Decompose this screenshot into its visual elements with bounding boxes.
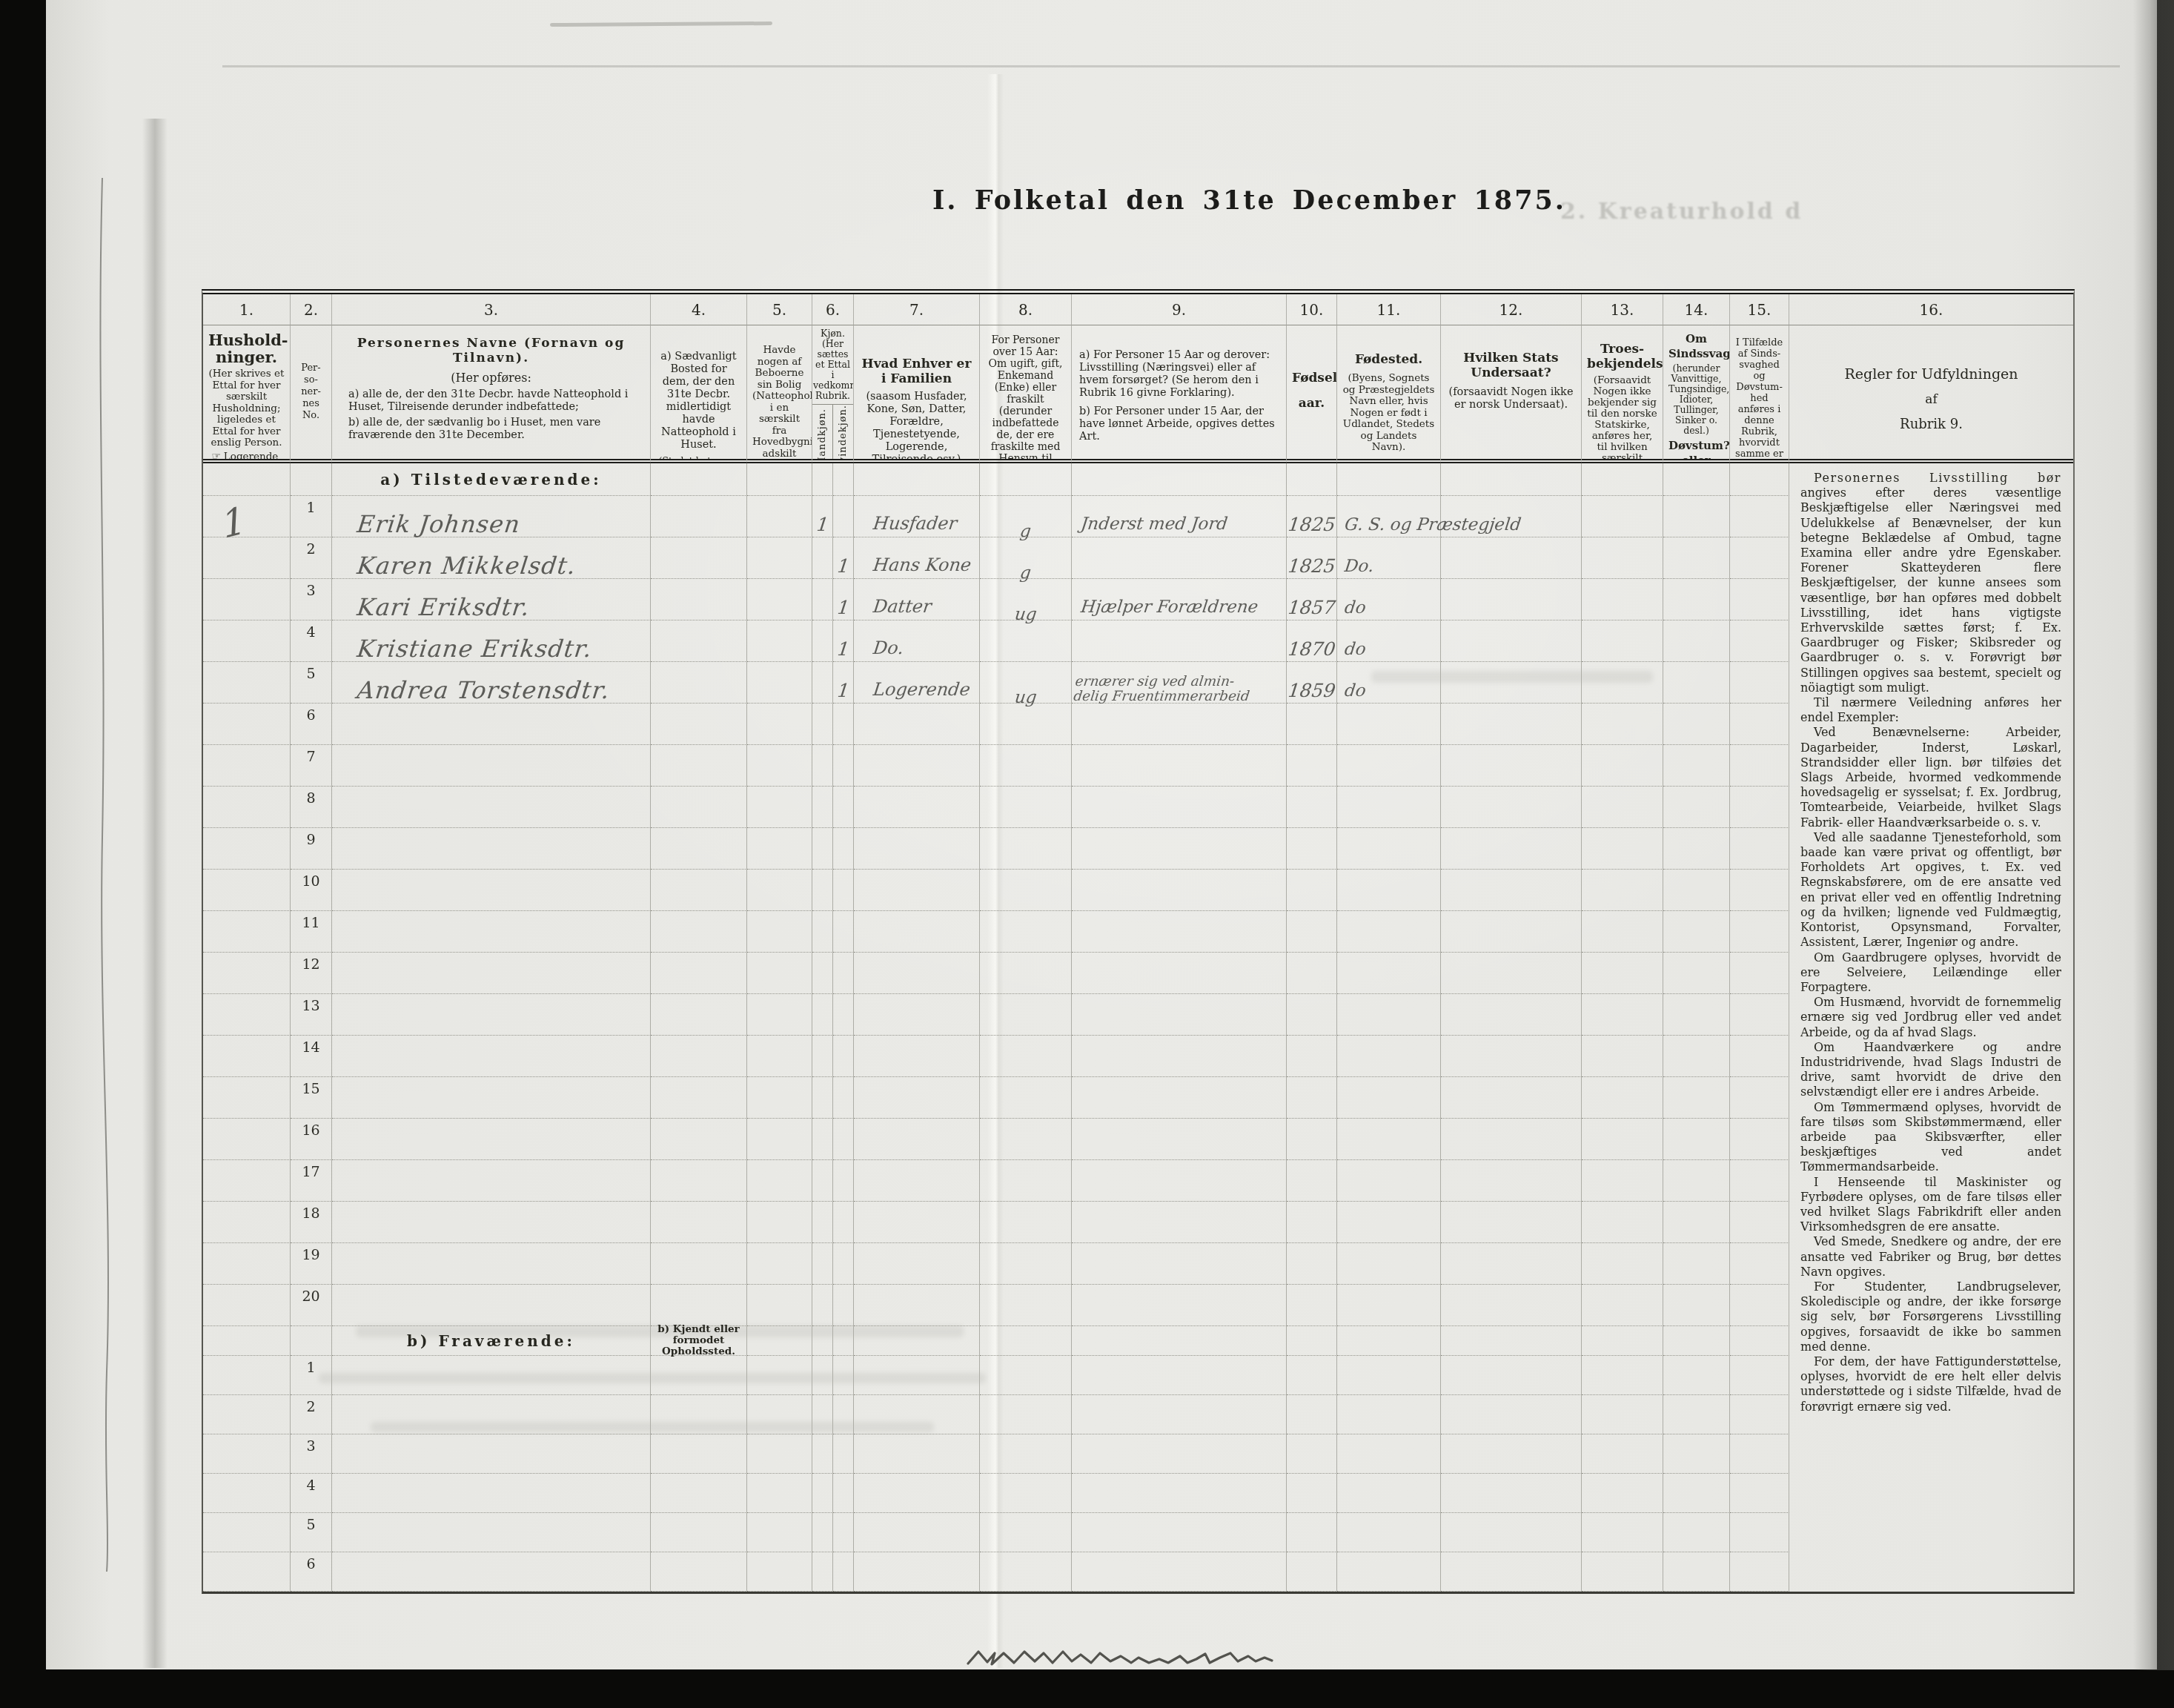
cell-livsstilling [1072,953,1287,994]
cell-kvindekjon [833,1285,854,1326]
cell-mandkjon [812,911,833,953]
handwritten-entry-name: Andrea Torstensdtr. [331,679,612,703]
cell-person-no: 9 [291,828,332,870]
col-number-2: 2. [291,294,332,325]
cell-udhus [747,662,812,704]
cell-udhus [747,1243,812,1285]
cell-civilstand: g [980,496,1072,537]
handwritten-entry-familie: Do. [852,638,905,661]
cell-kvindekjon: 1 [833,662,854,704]
cell-name [332,1077,651,1119]
cell-sindssvag [1663,953,1730,994]
census-table: 1. 2. 3. 4. 5. 6. 7. 8. 9. 10. 11. 12. 1… [202,289,2075,1594]
cell-familiestilling [854,828,980,870]
cell-sindssvag [1663,1356,1730,1395]
cell-bosted [651,1395,747,1434]
cell-livsstilling [1072,911,1287,953]
cell-udhus [747,1356,812,1395]
cell-person-no: 20 [291,1285,332,1326]
cell-familiestilling [854,953,980,994]
cell-name [332,787,651,828]
cell-household-no [203,1395,291,1434]
cell-undersaat [1441,1434,1582,1474]
cell-tilfaelde [1730,662,1789,704]
cell-person-no: 19 [291,1243,332,1285]
cell-familiestilling [854,1474,980,1513]
cell-bosted [651,1160,747,1202]
cell-name [332,1285,651,1326]
cell-livsstilling [1072,537,1287,579]
cell-fodselsaar [1287,1395,1337,1434]
cell-civilstand [980,1285,1072,1326]
cell-livsstilling [1072,704,1287,745]
cell-bosted [651,620,747,662]
cell-fodselsaar [1287,953,1337,994]
cell-sindssvag [1663,1077,1730,1119]
handwritten-entry-m: 1 [815,514,829,535]
handwritten-entry-aar: 1857 [1287,597,1336,618]
cell-fodselsaar [1287,745,1337,787]
paper-crack-line [87,171,132,1579]
cell-fodselsaar [1287,1160,1337,1202]
cell-fodested [1337,1474,1441,1513]
cell-mandkjon [812,620,833,662]
cell-familiestilling: Datter [854,579,980,620]
cell-kvindekjon [833,1202,854,1243]
cell-kvindekjon [833,1395,854,1434]
header-navne: Personernes Navne (Fornavn og Tilnavn). … [332,325,651,463]
cell-tilfaelde [1730,870,1789,911]
cell-familiestilling [854,1036,980,1077]
cell-mandkjon [812,870,833,911]
cell-fodselsaar [1287,704,1337,745]
cell-familiestilling [854,787,980,828]
cell-household-no [203,662,291,704]
handwritten-entry-livsstilling: Hjælper Forældrene [1070,598,1259,620]
cell-household-no [203,1552,291,1592]
cell-udhus [747,463,812,496]
cell-livsstilling [1072,620,1287,662]
handwritten-entry-familie: Husfader [852,513,958,537]
cell-tilfaelde [1730,1474,1789,1513]
cell-mandkjon [812,1202,833,1243]
col-number-1: 1. [203,294,291,325]
cell-undersaat [1441,1202,1582,1243]
cell-troesbekjendelse [1582,1552,1663,1592]
cell-udhus [747,579,812,620]
cell-fodested [1337,1119,1441,1160]
cell-livsstilling [1072,828,1287,870]
cell-person-no: 6 [291,1552,332,1592]
cell-civilstand [980,1119,1072,1160]
cell-kvindekjon [833,1474,854,1513]
cell-tilfaelde [1730,1202,1789,1243]
cell-undersaat [1441,745,1582,787]
cell-kvindekjon [833,953,854,994]
cell-mandkjon [812,1434,833,1474]
cell-undersaat [1441,1160,1582,1202]
cell-mandkjon [812,1243,833,1285]
cell-household-no [203,994,291,1036]
header-text: (saasom Husfader, Kone, Søn, Datter, For… [859,391,974,463]
cell-person-no: 12 [291,953,332,994]
cell-troesbekjendelse [1582,1243,1663,1285]
cell-livsstilling [1072,1513,1287,1552]
cell-sindssvag [1663,662,1730,704]
cell-livsstilling [1072,1552,1287,1592]
handwritten-entry-k: 1 [836,555,850,577]
cell-undersaat [1441,463,1582,496]
cell-civilstand [980,994,1072,1036]
header-sindssvag: Om Sindssvag? (herunder Vanvittige, Tung… [1663,325,1730,463]
cell-familiestilling: Hans Kone [854,537,980,579]
cell-livsstilling [1072,1434,1287,1474]
cell-kvindekjon [833,787,854,828]
cell-undersaat [1441,994,1582,1036]
cell-familiestilling [854,1077,980,1119]
cell-fodselsaar: 1870 [1287,620,1337,662]
cell-troesbekjendelse [1582,911,1663,953]
col-number-9: 9. [1072,294,1287,325]
instructions-paragraph: For Studenter, Landbrugselever, Skoledis… [1800,1280,2061,1354]
cell-fodselsaar: 1857 [1287,579,1337,620]
cell-tilfaelde [1730,579,1789,620]
cell-troesbekjendelse [1582,1326,1663,1356]
cell-sindssvag [1663,745,1730,787]
cell-fodselsaar [1287,828,1337,870]
cell-kvindekjon [833,828,854,870]
cell-fodested [1337,704,1441,745]
cell-tilfaelde [1730,620,1789,662]
cell-troesbekjendelse [1582,994,1663,1036]
cell-name [332,704,651,745]
cell-familiestilling [854,1243,980,1285]
cell-fodselsaar [1287,1036,1337,1077]
cell-civilstand [980,787,1072,828]
cell-civilstand [980,1434,1072,1474]
cell-udhus [747,537,812,579]
header-text: I Tilfælde af Sinds-svaghed og Døvstum-h… [1735,337,1783,463]
header-bosted: a) Sædvanligt Bosted for dem, der den 31… [651,325,747,463]
cell-fodselsaar [1287,787,1337,828]
header-text: Kvindekjøn. [837,405,849,463]
cell-fodselsaar: 1825 [1287,496,1337,537]
header-text: (forsaavidt Nogen ikke er norsk Undersaa… [1446,386,1576,411]
cell-kvindekjon [833,1160,854,1202]
cell-fodselsaar [1287,1077,1337,1119]
handwritten-entry-fodested: do [1336,640,1367,661]
cell-udhus [747,953,812,994]
col-number-4: 4. [651,294,747,325]
cell-troesbekjendelse [1582,620,1663,662]
cell-undersaat [1441,1119,1582,1160]
cell-fodested: G. S. og Præstegjeld [1337,496,1441,537]
cell-udhus [747,496,812,537]
cell-troesbekjendelse [1582,828,1663,870]
cell-kvindekjon [833,911,854,953]
cell-mandkjon [812,1036,833,1077]
cell-livsstilling [1072,1119,1287,1160]
cell-tilfaelde [1730,828,1789,870]
cell-household-no [203,704,291,745]
cell-bosted [651,1356,747,1395]
cell-livsstilling: Hjælper Forældrene [1072,579,1287,620]
cell-kvindekjon [833,1119,854,1160]
cell-tilfaelde [1730,1552,1789,1592]
cell-bosted [651,1513,747,1552]
cell-bosted [651,994,747,1036]
cell-tilfaelde [1730,704,1789,745]
cell-kvindekjon [833,994,854,1036]
cell-kvindekjon [833,870,854,911]
cell-tilfaelde [1730,1243,1789,1285]
cell-fodselsaar [1287,1326,1337,1356]
col-number-10: 10. [1287,294,1337,325]
cell-fodselsaar: 1825 [1287,537,1337,579]
cell-mandkjon [812,787,833,828]
cell-sindssvag [1663,1326,1730,1356]
cell-troesbekjendelse [1582,579,1663,620]
instructions-paragraph: Personernes Livsstilling bør angives eft… [1800,471,2061,695]
cell-civilstand [980,1036,1072,1077]
cell-name [332,1243,651,1285]
cell-livsstilling: Jnderst med Jord [1072,496,1287,537]
cell-troesbekjendelse [1582,953,1663,994]
cell-familiestilling [854,1552,980,1592]
cell-kvindekjon [833,704,854,745]
header-text: Fødsels- aar. [1292,372,1331,410]
cell-kvindekjon [833,1434,854,1474]
cell-fodested [1337,1356,1441,1395]
handwritten-entry-aar: 1870 [1287,638,1336,660]
cell-household-no [203,787,291,828]
cell-civilstand [980,1395,1072,1434]
cell-mandkjon [812,1356,833,1395]
cell-undersaat [1441,704,1582,745]
cell-livsstilling [1072,745,1287,787]
cell-sindssvag [1663,911,1730,953]
cell-undersaat [1441,1513,1582,1552]
header-text: Hvilken Stats Undersaat? [1446,351,1576,380]
handwritten-entry-fodested: do [1336,681,1367,703]
cell-person-no [291,463,332,496]
cell-tilfaelde [1730,1513,1789,1552]
handwritten-entry-name: Erik Johnsen [331,513,522,537]
cell-udhus [747,1326,812,1356]
cell-sindssvag [1663,1513,1730,1552]
cell-livsstilling [1072,1243,1287,1285]
cell-troesbekjendelse [1582,1513,1663,1552]
cell-undersaat [1441,1285,1582,1326]
instructions-paragraph: Ved Smede, Snedkere og andre, der ere an… [1800,1234,2061,1280]
cell-fodested [1337,911,1441,953]
cell-undersaat [1441,1326,1582,1356]
handwritten-entry-familie: Logerende [852,679,972,703]
cell-bosted [651,953,747,994]
cell-familiestilling [854,704,980,745]
cell-name [332,1202,651,1243]
cell-bosted [651,662,747,704]
rubrik9-instructions: Personernes Livsstilling bør angives eft… [1789,463,2073,1592]
cell-bosted [651,1077,747,1119]
cell-civilstand [980,953,1072,994]
cell-name [332,994,651,1036]
cell-sindssvag [1663,579,1730,620]
header-mandkjon: Mandkjøn. [812,405,833,463]
paper-crease-left [142,119,168,1668]
col-number-13: 13. [1582,294,1663,325]
cell-name [332,1474,651,1513]
cell-person-no [291,1326,332,1356]
cell-bosted [651,1552,747,1592]
cell-person-no: 10 [291,870,332,911]
cell-household-no [203,1326,291,1356]
cell-fodselsaar [1287,1119,1337,1160]
cell-tilfaelde [1730,1077,1789,1119]
cell-household-no [203,620,291,662]
cell-udhus [747,828,812,870]
cell-kvindekjon [833,1513,854,1552]
header-text: Hvad Enhver er i Familien [859,357,974,386]
cell-livsstilling [1072,1326,1287,1356]
cell-kvindekjon [833,1326,854,1356]
cell-troesbekjendelse [1582,870,1663,911]
cell-household-no [203,953,291,994]
cell-udhus [747,1474,812,1513]
cell-name [332,1434,651,1474]
cell-bosted [651,870,747,911]
cell-undersaat [1441,537,1582,579]
cell-name [332,1119,651,1160]
cell-sindssvag [1663,537,1730,579]
header-undersaat: Hvilken Stats Undersaat? (forsaavidt Nog… [1441,325,1582,463]
cell-mandkjon [812,704,833,745]
cell-name: Erik Johnsen [332,496,651,537]
cell-household-no [203,1513,291,1552]
cell-fodested [1337,1202,1441,1243]
cell-tilfaelde [1730,787,1789,828]
cell-undersaat [1441,1474,1582,1513]
cell-mandkjon [812,1160,833,1202]
handwritten-entry-familie: Datter [852,596,932,620]
cell-household-no [203,1243,291,1285]
cell-fodested [1337,463,1441,496]
header-text: Fødested. [1342,352,1435,367]
header-fodested: Fødested. (Byens, Sognets og Præstegjeld… [1337,325,1441,463]
cell-undersaat [1441,1243,1582,1285]
cell-familiestilling: Do. [854,620,980,662]
cell-tilfaelde [1730,463,1789,496]
header-text: af [1794,394,2068,406]
cell-civilstand [980,1326,1072,1356]
instructions-paragraph: Om Haandværkere og andre Industridrivend… [1800,1040,2061,1100]
cell-troesbekjendelse [1582,1285,1663,1326]
col-number-12: 12. [1441,294,1582,325]
cell-person-no: 15 [291,1077,332,1119]
cell-tilfaelde [1730,1326,1789,1356]
cell-udhus [747,911,812,953]
cell-mandkjon [812,1552,833,1592]
col-number-11: 11. [1337,294,1441,325]
cell-civilstand [980,1077,1072,1119]
cell-undersaat [1441,1552,1582,1592]
cell-household-no [203,870,291,911]
cell-familiestilling [854,1119,980,1160]
header-husholdninger: Hushold- ninger. (Her skrives et Ettal f… [203,325,291,463]
cell-undersaat [1441,496,1582,537]
cell-name [332,953,651,994]
header-text: Regler for Udfyldningen [1794,367,2068,382]
under-sheet-edge [222,65,2120,67]
cell-mandkjon: 1 [812,496,833,537]
cell-familiestilling [854,1434,980,1474]
header-text: Kjøn. (Her sættes et Ettal i vedkommende… [812,325,853,405]
cell-troesbekjendelse [1582,704,1663,745]
cell-troesbekjendelse [1582,787,1663,828]
cell-tilfaelde [1730,1356,1789,1395]
cell-fodested [1337,1434,1441,1474]
cell-civilstand [980,1552,1072,1592]
cell-bosted [651,1036,747,1077]
cell-fodested [1337,994,1441,1036]
cell-kvindekjon [833,496,854,537]
cell-bosted [651,1434,747,1474]
cell-familiestilling [854,1513,980,1552]
cell-familiestilling [854,994,980,1036]
cell-undersaat [1441,1077,1582,1119]
cell-person-no: 3 [291,1434,332,1474]
cell-kvindekjon [833,1243,854,1285]
cell-familiestilling [854,1395,980,1434]
cell-sindssvag [1663,828,1730,870]
cell-tilfaelde [1730,911,1789,953]
cell-sindssvag [1663,1434,1730,1474]
cell-livsstilling [1072,994,1287,1036]
cell-household-no [203,1474,291,1513]
cell-fodested: do [1337,662,1441,704]
header-text: b) For Personer under 15 Aar, der have l… [1079,406,1279,443]
cell-livsstilling [1072,1395,1287,1434]
cell-fodselsaar [1287,1434,1337,1474]
cell-kvindekjon [833,1077,854,1119]
cell-mandkjon [812,1474,833,1513]
cell-kvindekjon [833,1036,854,1077]
col-number-6: 6. [812,294,854,325]
cell-bosted [651,1243,747,1285]
cell-person-no: 18 [291,1202,332,1243]
cell-familiestilling [854,870,980,911]
cell-household-no [203,537,291,579]
cell-sindssvag [1663,496,1730,537]
cell-mandkjon [812,1077,833,1119]
cell-livsstilling: ernærer sig ved almin- delig Fruentimmer… [1072,662,1287,704]
cell-bosted [651,579,747,620]
cell-tilfaelde [1730,1434,1789,1474]
cell-troesbekjendelse [1582,1160,1663,1202]
cell-bosted [651,704,747,745]
cell-civilstand [980,704,1072,745]
cell-civilstand [980,870,1072,911]
cell-troesbekjendelse [1582,463,1663,496]
cell-tilfaelde [1730,537,1789,579]
cell-tilfaelde [1730,953,1789,994]
header-text: (herunder Vanvittige, Tungsindige, Idiot… [1668,363,1724,436]
cell-undersaat [1441,1395,1582,1434]
cell-kvindekjon: 1 [833,537,854,579]
cell-undersaat [1441,787,1582,828]
cell-bosted [651,537,747,579]
header-familiestilling: Hvad Enhver er i Familien (saasom Husfad… [854,325,980,463]
